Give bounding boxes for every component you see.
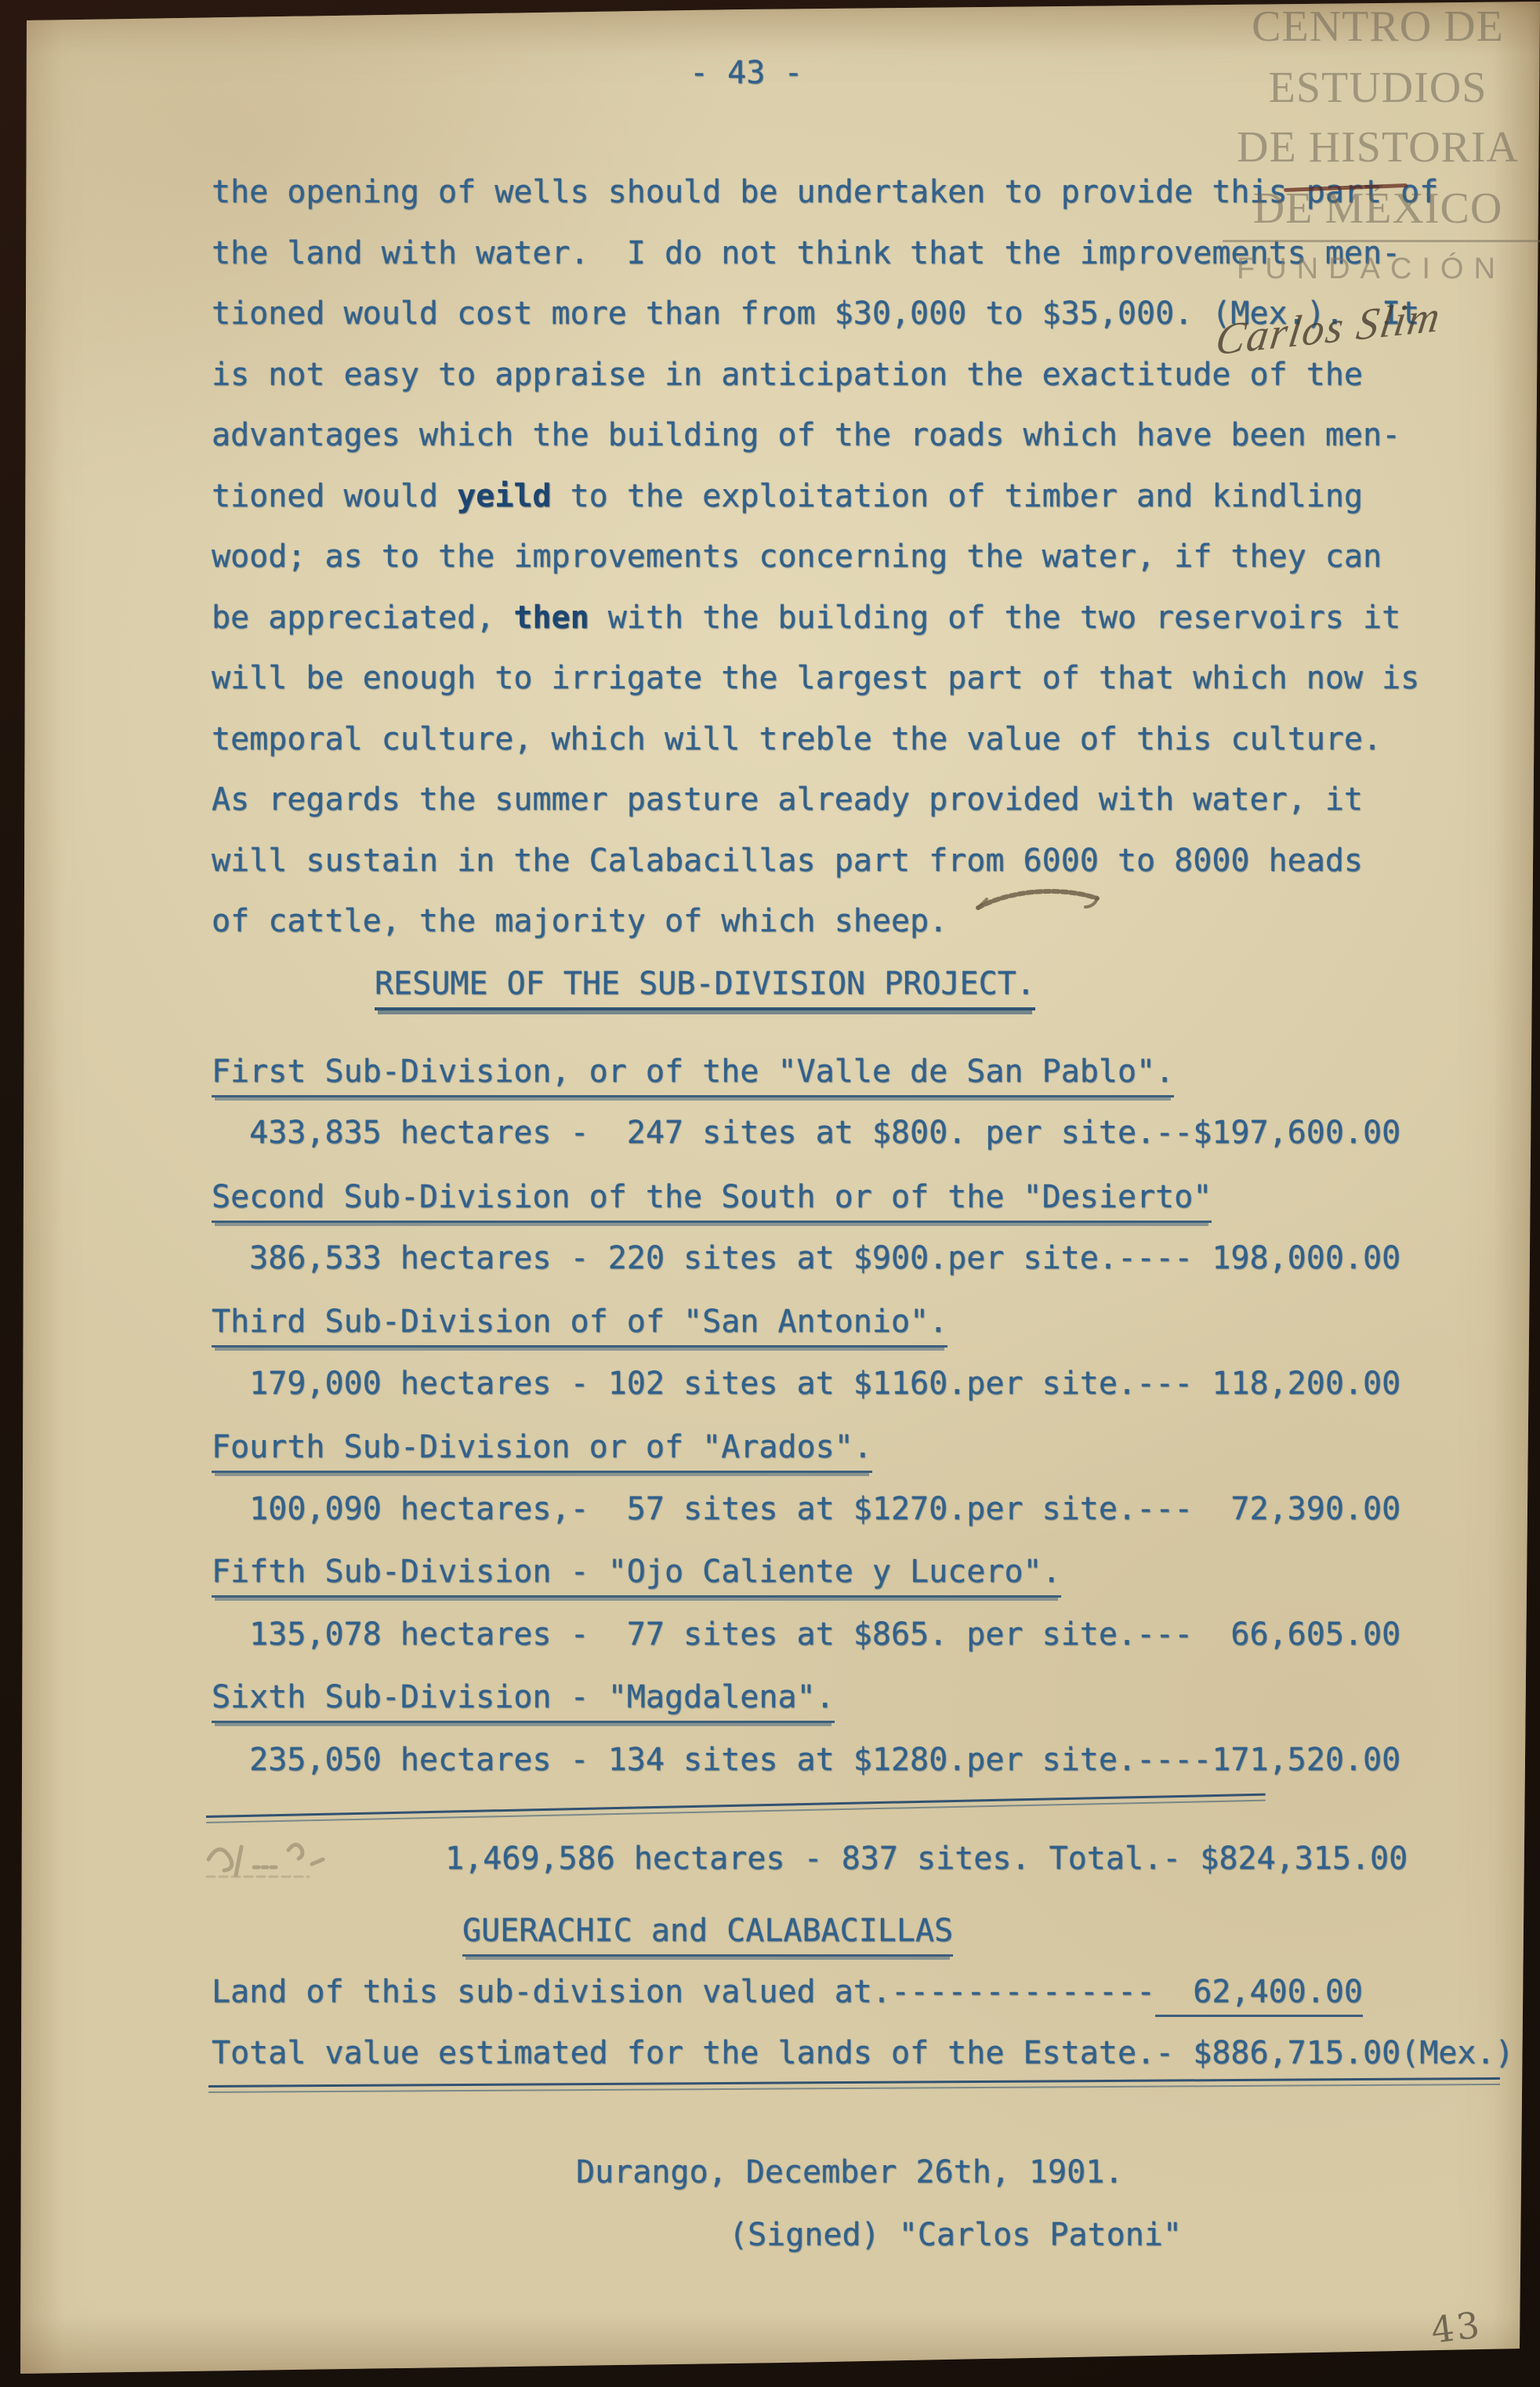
typed-segment: with the building of the two reservoirs … (589, 600, 1401, 636)
subdivision-value: 179,000 hectares - 102 sites at $1160.pe… (212, 1366, 1400, 1402)
estate-total-line: Total value estimated for the lands of t… (212, 2035, 1514, 2071)
typed-segment: tioned would (212, 478, 457, 514)
subdivision-heading: Fifth Sub-Division - "Ojo Caliente y Luc… (212, 1554, 1061, 1598)
pencil-squiggle-mark (972, 878, 1109, 921)
typed-segment-bold: then (513, 600, 589, 636)
typed-line: tioned would yeild to the exploitation o… (212, 478, 1363, 514)
watermark-line: DE HISTORIA (1213, 125, 1540, 169)
land-value-line: Land of this sub-division valued at.----… (212, 1974, 1363, 2010)
typed-segment: to the exploitation of timber and kindli… (552, 478, 1364, 514)
watermark-line: CENTRO DE (1213, 5, 1540, 49)
land-value-label: Land of this sub-division valued at.----… (212, 1974, 1155, 2010)
subdivision-value: 386,533 hectares - 220 sites at $900.per… (212, 1240, 1400, 1276)
pencil-scribble (197, 1827, 366, 1889)
typed-line: will sustain in the Calabacillas part fr… (212, 843, 1363, 879)
typed-line: advantages which the building of the roa… (212, 417, 1400, 453)
subdivision-value: 100,090 hectares,- 57 sites at $1270.per… (212, 1491, 1400, 1527)
typed-line: temporal culture, which will treble the … (212, 721, 1382, 757)
subdivision-heading: Second Sub-Division of the South or of t… (212, 1179, 1212, 1223)
guerachic-heading: GUERACHIC and CALABACILLAS (462, 1913, 953, 1957)
typed-segment-bold: yeild (457, 478, 551, 514)
subdivision-value: 135,078 hectares - 77 sites at $865. per… (212, 1616, 1400, 1652)
resume-heading: RESUME OF THE SUB-DIVISION PROJECT. (375, 966, 1035, 1010)
land-value-amount: 62,400.00 (1155, 1974, 1363, 2017)
watermark-line: ESTUDIOS (1213, 66, 1540, 110)
watermark-rule (1223, 240, 1540, 242)
watermark-line: DE MÉXICO (1213, 187, 1540, 230)
subdivision-heading: Sixth Sub-Division - "Magdalena". (212, 1679, 835, 1723)
typed-line: wood; as to the improvements concerning … (212, 539, 1382, 575)
subdivision-heading: Third Sub-Division of of "San Antonio". (212, 1304, 948, 1348)
typed-line: is not easy to appraise in anticipation … (212, 357, 1363, 393)
date-line: Durango, December 26th, 1901. (576, 2154, 1123, 2190)
typed-line: As regards the summer pasture already pr… (212, 782, 1363, 818)
scanned-document: { "page": { "page_number": "- 43 -", "ha… (0, 0, 1540, 2387)
handwritten-page-number: 43 (1429, 2303, 1484, 2351)
signed-line: (Signed) "Carlos Patoni" (729, 2217, 1182, 2253)
subdivision-value: 433,835 hectares - 247 sites at $800. pe… (212, 1115, 1400, 1151)
page-number: - 43 - (690, 55, 803, 91)
subdivision-heading: Fourth Sub-Division or of "Arados". (212, 1429, 872, 1473)
typed-line: of cattle, the majority of which sheep. (212, 903, 948, 939)
total-line: 1,469,586 hectares - 837 sites. Total.- … (445, 1841, 1408, 1877)
subdivision-heading: First Sub-Division, or of the "Valle de … (212, 1054, 1174, 1097)
watermark-foundation: FUNDACIÓN (1237, 252, 1506, 286)
subdivision-value: 235,050 hectares - 134 sites at $1280.pe… (212, 1742, 1400, 1778)
typed-line: be appreciated, then with the building o… (212, 600, 1400, 636)
typed-segment: be appreciated, (212, 600, 513, 636)
typed-line: will be enough to irrigate the largest p… (212, 660, 1419, 696)
